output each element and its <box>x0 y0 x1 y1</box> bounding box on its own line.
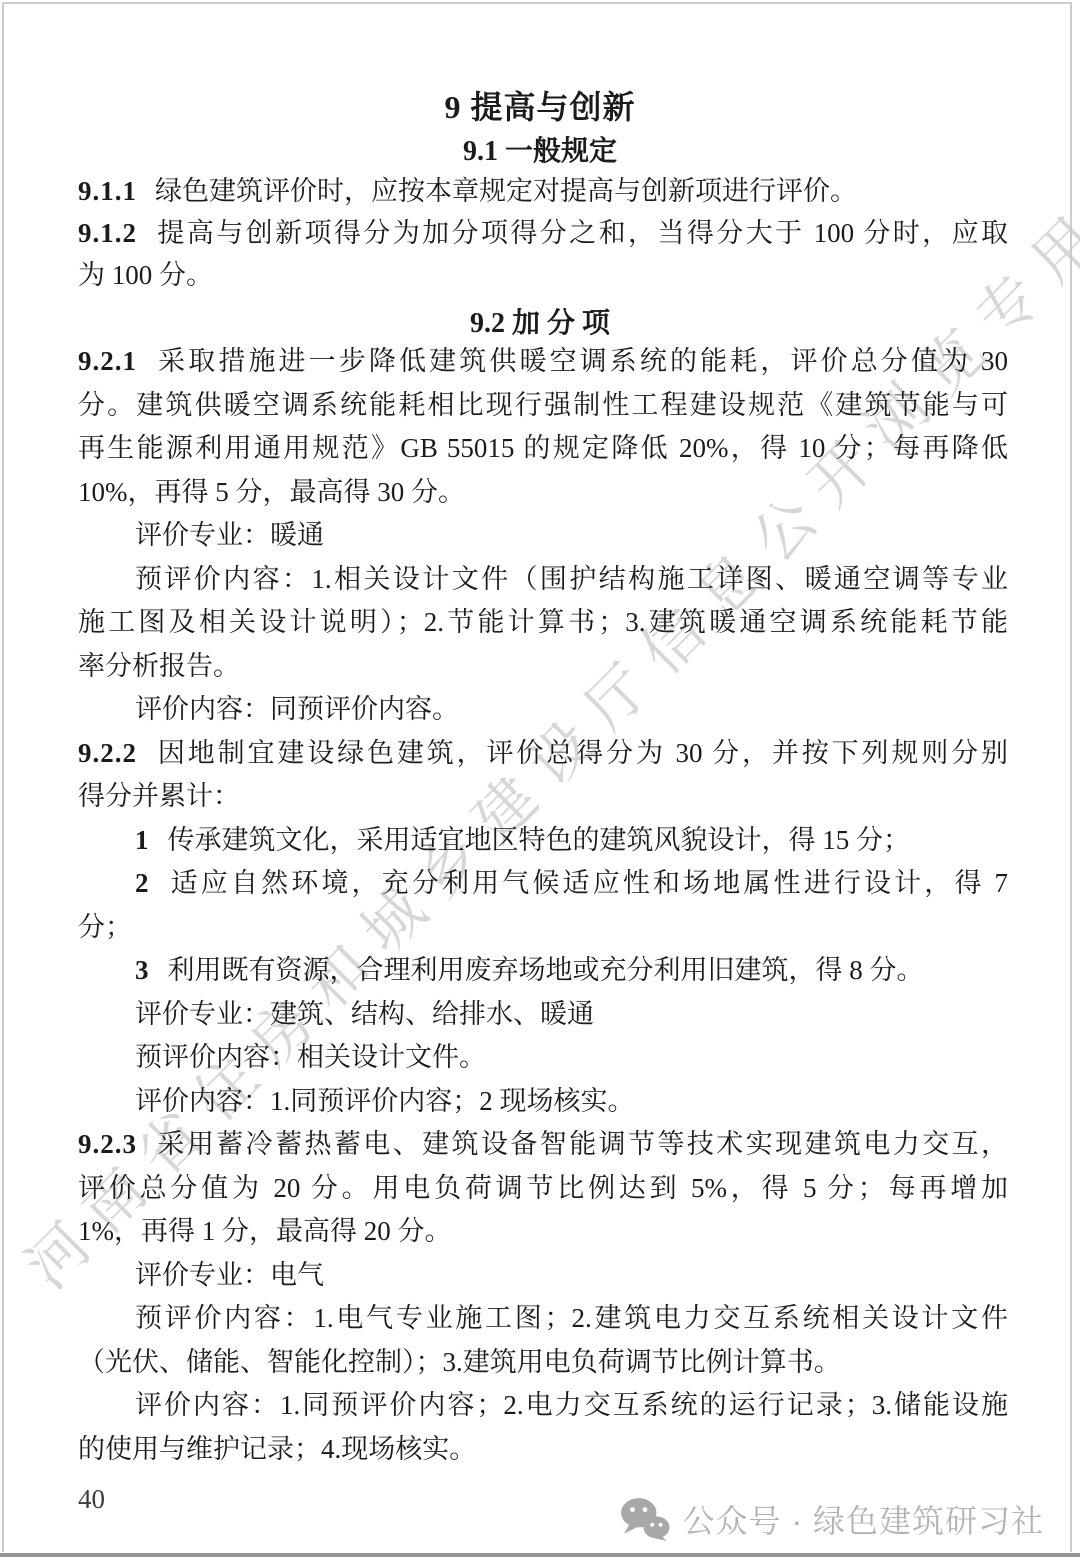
text-line: 的使用与维护记录；4.现场核实。 <box>78 1428 1008 1472</box>
clause-number: 9.1.2 <box>78 218 137 248</box>
text-line: 为 100 分。 <box>78 254 1008 296</box>
text-line: 分； <box>78 906 1008 950</box>
text-line: 率分析报告。 <box>78 645 1008 689</box>
clause-number: 1 <box>135 825 150 855</box>
clause-number: 9.2.2 <box>78 738 137 768</box>
page-bottom-edge <box>0 1553 1080 1557</box>
clause-number: 3 <box>135 955 150 985</box>
general-provisions-text: 9.1.1绿色建筑评价时，应按本章规定对提高与创新项进行评价。9.1.2提高与创… <box>78 170 1008 296</box>
page-number: 40 <box>78 1484 105 1515</box>
text-line: 评价专业：电气 <box>78 1254 1008 1298</box>
text-line: 预评价内容：1.电气专业施工图；2.建筑电力交互系统相关设计文件 <box>78 1297 1008 1341</box>
text-line: 评价专业：建筑、结构、给排水、暖通 <box>78 993 1008 1037</box>
text-line: 10%，再得 5 分，最高得 30 分。 <box>78 471 1008 515</box>
wechat-badge: 公众号 · 绿色建筑研习社 <box>620 1496 1044 1542</box>
text-line: 评价总分值为 20 分。用电负荷调节比例达到 5%，得 5 分；每再增加 <box>78 1167 1008 1211</box>
text-line: 评价专业：暖通 <box>78 514 1008 558</box>
clause-line: 9.2.1采取措施进一步降低建筑供暖空调系统的能耗，评价总分值为 30 <box>78 340 1008 384</box>
text-line: 再生能源利用通用规范》GB 55015 的规定降低 20%，得 10 分；每再降… <box>78 427 1008 471</box>
section-9-2-title: 9.2 加 分 项 <box>0 301 1080 341</box>
clause-number: 2 <box>135 868 150 898</box>
clause-number: 9.2.3 <box>78 1129 137 1159</box>
text-line: 评价内容：1.同预评价内容；2 现场核实。 <box>78 1080 1008 1124</box>
clause-line: 9.2.3采用蓄冷蓄热蓄电、建筑设备智能调节等技术实现建筑电力交互， <box>78 1123 1008 1167</box>
wechat-account-label: 公众号 · 绿色建筑研习社 <box>683 1496 1044 1542</box>
text-line: 1%，再得 1 分，最高得 20 分。 <box>78 1210 1008 1254</box>
text-line: 评价内容：同预评价内容。 <box>78 688 1008 732</box>
clause-number: 9.2.1 <box>78 346 137 376</box>
wechat-icon <box>620 1497 670 1541</box>
text-line: （光伏、储能、智能化控制）；3.建筑用电负荷调节比例计算书。 <box>78 1341 1008 1385</box>
text-line: 分。建筑供暖空调系统能耗相比现行强制性工程建设规范《建筑节能与可 <box>78 384 1008 428</box>
clause-line: 9.2.2因地制宜建设绿色建筑，评价总得分为 30 分，并按下列规则分别 <box>78 732 1008 776</box>
clause-line: 2适应自然环境，充分利用气候适应性和场地属性进行设计，得 7 <box>78 862 1008 906</box>
clause-line: 9.1.1绿色建筑评价时，应按本章规定对提高与创新项进行评价。 <box>78 170 1008 212</box>
text-line: 预评价内容：相关设计文件。 <box>78 1036 1008 1080</box>
clause-line: 9.1.2提高与创新项得分为加分项得分之和，当得分大于 100 分时，应取 <box>78 212 1008 254</box>
chapter-title: 9 提高与创新 <box>0 82 1080 128</box>
section-9-1-title: 9.1 一般规定 <box>0 129 1080 169</box>
bonus-items-text: 9.2.1采取措施进一步降低建筑供暖空调系统的能耗，评价总分值为 30分。建筑供… <box>78 340 1008 1471</box>
document-page: 河南省住房和城乡建设厅信息公开浏览专用 9 提高与创新 9.1 一般规定 9.1… <box>0 0 1080 1566</box>
clause-line: 3利用既有资源，合理利用废弃场地或充分利用旧建筑，得 8 分。 <box>78 949 1008 993</box>
text-line: 施工图及相关设计说明）；2.节能计算书；3.建筑暖通空调系统能耗节能 <box>78 601 1008 645</box>
text-line: 评价内容：1.同预评价内容；2.电力交互系统的运行记录；3.储能设施 <box>78 1384 1008 1428</box>
text-line: 预评价内容：1.相关设计文件（围护结构施工详图、暖通空调等专业 <box>78 558 1008 602</box>
text-line: 得分并累计： <box>78 775 1008 819</box>
clause-number: 9.1.1 <box>78 176 137 206</box>
clause-line: 1传承建筑文化，采用适宜地区特色的建筑风貌设计，得 15 分； <box>78 819 1008 863</box>
